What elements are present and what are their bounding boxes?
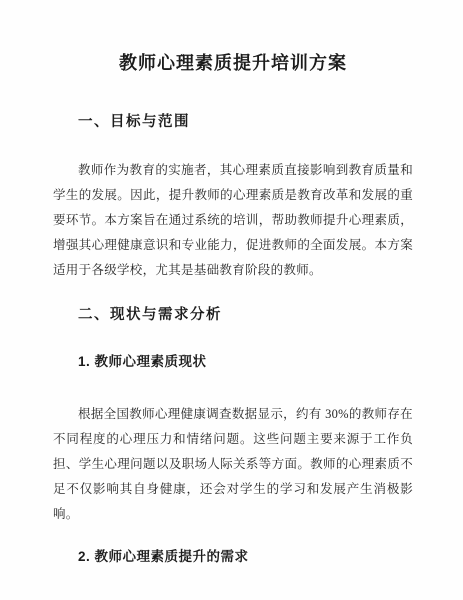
document-title: 教师心理素质提升培训方案 <box>53 48 413 78</box>
section-heading-goals-scope: 一、目标与范围 <box>78 112 413 132</box>
paragraph-current-status: 根据全国教师心理健康调查数据显示，约有 30%的教师存在不同程度的心理压力和情绪… <box>53 402 413 527</box>
subsection-heading-improvement-needs: 2. 教师心理素质提升的需求 <box>78 548 413 566</box>
section-heading-status-needs: 二、现状与需求分析 <box>78 305 413 325</box>
document-page: 教师心理素质提升培训方案 一、目标与范围 教师作为教育的实施者，其心理素质直接影… <box>0 0 463 600</box>
subsection-heading-current-status: 1. 教师心理素质现状 <box>78 353 413 371</box>
paragraph-overview: 教师作为教育的实施者，其心理素质直接影响到教育质量和学生的发展。因此，提升教师的… <box>53 158 413 283</box>
